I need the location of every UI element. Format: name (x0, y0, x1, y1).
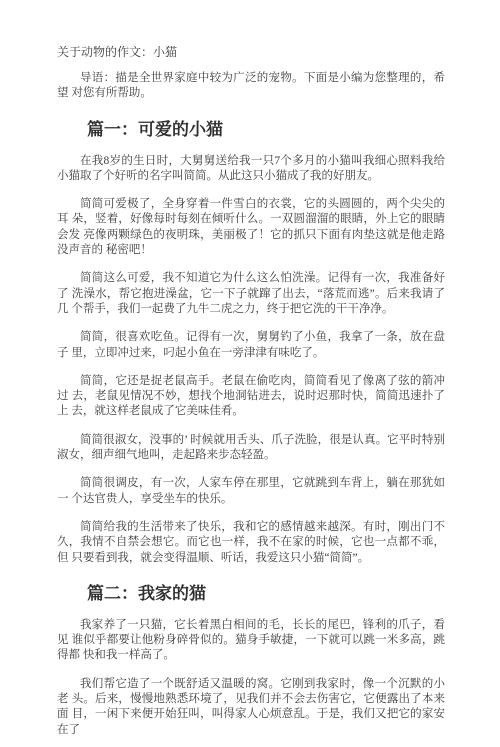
essay-1-paragraph-7: 简简很调皮，有一次，人家车停在那里，它就跳到车背上，躺在那犹如一 个达官贵人，享… (57, 476, 445, 507)
essay-1-paragraph-6: 简简很淑女，没事的’ 时候就用舌头、爪子洗脸，很是认真。它平时特别淑女，细声细气… (57, 433, 445, 464)
essay-2-paragraph-2: 我们帮它造了一个既舒适又温暖的窝。它刚到我家时，像一个沉默的小老 头。后来，慢慢… (57, 677, 445, 738)
document-title: 关于动物的作文：小猫 (57, 44, 445, 60)
document-page: 关于动物的作文：小猫 导语：描是全世界家庭中较为广泛的宠物。下面是小编为您整理的… (0, 0, 500, 747)
essay-1-paragraph-4: 简简，很喜欢吃鱼。记得有一次，舅舅钓了小鱼，我拿了一条，放在盘子 里，立即冲过来… (57, 330, 445, 361)
essay-2-paragraph-1: 我家养了一只猫，它长着黑白相间的毛，长长的尾巴，锋利的爪子，看见 谁似乎都要让他… (57, 618, 445, 664)
essay-1-paragraph-3: 简简这么可爱，我不知道它为什么这么怕洗澡。记得有一次，我准备好了 洗澡水，帮它抱… (57, 271, 445, 317)
essay-1-paragraph-2: 简简可爱极了，全身穿着一件雪白的衣裳，它的头圆圆的，两个尖尖的耳 朵，竖着，好像… (57, 197, 445, 258)
essay-1-paragraph-1: 在我8岁的生日时，大舅舅送给我一只7个多月的小猫叫我细心照料我给 小猫取了个好听… (57, 154, 445, 185)
essay-1-paragraph-5: 简简，它还是捉老鼠高手。老鼠在偷吃肉，简简看见了像离了弦的箭冲过 去，老鼠见情况… (57, 374, 445, 420)
essay-2-heading: 篇二：我家的猫 (57, 583, 445, 605)
essay-1-paragraph-8: 简简给我的生活带来了快乐，我和它的感情越来越深。有时，刚出门不 久，我情不自禁会… (57, 520, 445, 566)
essay-1-heading: 篇一：可爱的小猫 (57, 119, 445, 141)
intro-paragraph: 导语：描是全世界家庭中较为广泛的宠物。下面是小编为您整理的，希望 对您有所帮助。 (57, 71, 445, 102)
